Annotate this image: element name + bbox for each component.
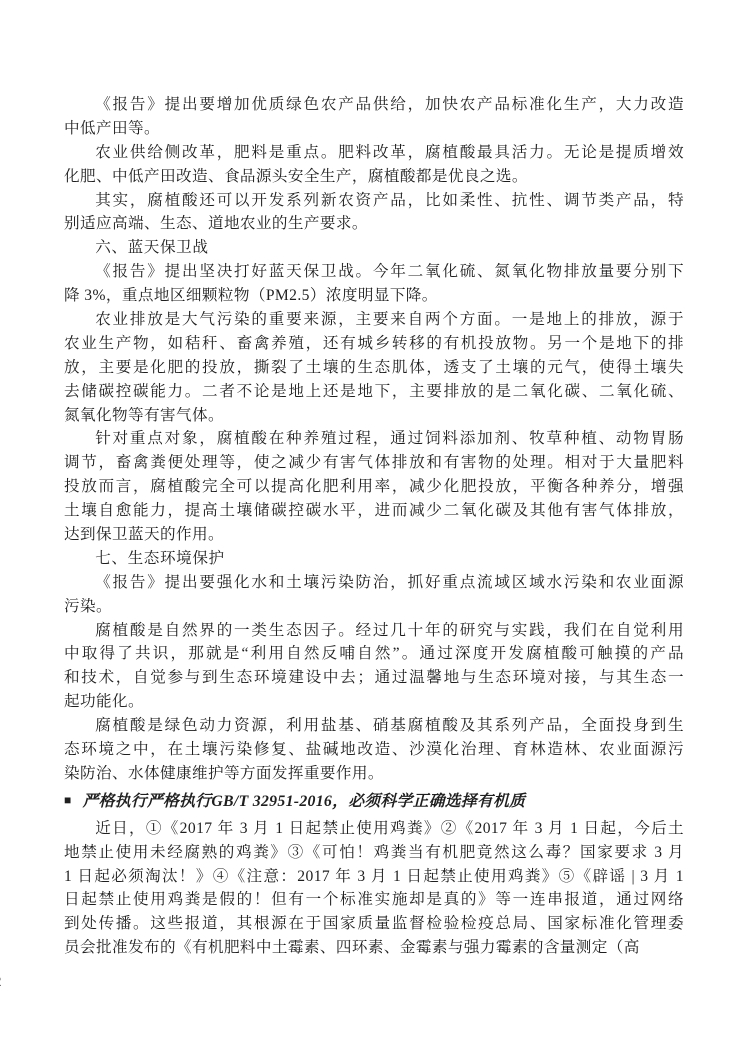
text-line: 地禁止使用未经腐熟的鸡粪》③《可怕！鸡粪当有机肥竟然这么毒？国家要求 3 月 bbox=[64, 841, 684, 865]
text-line: 日起禁止使用鸡粪是假的！但有一个标准实施却是真的》等一连串报道，通过网络 bbox=[64, 888, 684, 912]
text-line: 去储碳控碳能力。二者不论是地上还是地下，主要排放的是二氧化碳、二氧化硫、 bbox=[64, 380, 684, 404]
text-line: 《报告》提出要增加优质绿色农产品供给，加快农产品标准化生产，大力改造 bbox=[64, 93, 684, 117]
text-line: 起功能化。 bbox=[64, 690, 684, 714]
bullet-heading-text: 严格执行严格执行GB/T 32951-2016，必须科学正确选择有机质 bbox=[83, 788, 526, 811]
text-line: 降 3%，重点地区细颗粒物（PM2.5）浓度明显下降。 bbox=[64, 284, 684, 308]
document-body: 《报告》提出要增加优质绿色农产品供给，加快农产品标准化生产，大力改造中低产田等。… bbox=[64, 93, 684, 960]
text-line: 土壤自愈能力，提高土壤储碳控碳水平，进而减少二氧化碳及其他有害气体排放， bbox=[64, 499, 684, 523]
text-line: 中低产田等。 bbox=[64, 117, 684, 141]
text-line: 污染。 bbox=[64, 595, 684, 619]
text-line: 《报告》提出要强化水和土壤污染防治，抓好重点流域区域水污染和农业面源 bbox=[64, 571, 684, 595]
paragraph: 近日，①《2017 年 3 月 1 日起禁止使用鸡粪》②《2017 年 3 月 … bbox=[64, 817, 684, 960]
text-line: 染防治、水体健康维护等方面发挥重要作用。 bbox=[64, 762, 684, 786]
document-page: 《报告》提出要增加优质绿色农产品供给，加快农产品标准化生产，大力改造中低产田等。… bbox=[0, 0, 749, 1060]
paragraph: 针对重点对象，腐植酸在种养殖过程，通过饲料添加剂、牧草种植、动物胃肠调节，畜禽粪… bbox=[64, 427, 684, 546]
text-line: 其实，腐植酸还可以开发系列新农资产品，比如柔性、抗性、调节类产品，特 bbox=[64, 189, 684, 213]
text-line: 调节，畜禽粪便处理等，使之减少有害气体排放和有害物的处理。相对于大量肥料 bbox=[64, 451, 684, 475]
paragraph: 《报告》提出要强化水和土壤污染防治，抓好重点流域区域水污染和农业面源污染。 bbox=[64, 571, 684, 619]
text-line: 农业供给侧改革，肥料是重点。肥料改革，腐植酸最具活力。无论是提质增效 bbox=[64, 141, 684, 165]
paragraph: 腐植酸是绿色动力资源，利用盐基、硝基腐植酸及其系列产品，全面投身到生态环境之中，… bbox=[64, 714, 684, 786]
paragraph: 农业供给侧改革，肥料是重点。肥料改革，腐植酸最具活力。无论是提质增效化肥、中低产… bbox=[64, 141, 684, 189]
square-bullet-icon: ■ bbox=[64, 794, 72, 806]
text-line: 1 日起必须淘汰！》④《注意：2017 年 3 月 1 日起禁止使用鸡粪》⑤《辟… bbox=[64, 865, 684, 889]
text-line: 针对重点对象，腐植酸在种养殖过程，通过饲料添加剂、牧草种植、动物胃肠 bbox=[64, 427, 684, 451]
text-line: 和技术，自觉参与到生态环境建设中去；通过温馨地与生态环境对接，与其生态一 bbox=[64, 666, 684, 690]
text-line: 员会批准发布的《有机肥料中土霉素、四环素、金霉素与强力霉素的含量测定（高 bbox=[64, 936, 684, 960]
text-line: 化肥、中低产田改造、食品源头安全生产，腐植酸都是优良之选。 bbox=[64, 165, 684, 189]
text-line: 农业排放是大气污染的重要来源，主要来自两个方面。一是地上的排放，源于 bbox=[64, 308, 684, 332]
text-line: 腐植酸是绿色动力资源，利用盐基、硝基腐植酸及其系列产品，全面投身到生 bbox=[64, 714, 684, 738]
text-line: 近日，①《2017 年 3 月 1 日起禁止使用鸡粪》②《2017 年 3 月 … bbox=[64, 817, 684, 841]
paragraph: 《报告》提出要增加优质绿色农产品供给，加快农产品标准化生产，大力改造中低产田等。 bbox=[64, 93, 684, 141]
section-heading: 六、蓝天保卫战 bbox=[64, 236, 684, 260]
text-line: 氮氧化物等有害气体。 bbox=[64, 404, 684, 428]
page-number: 2 bbox=[0, 974, 2, 991]
text-line: 放，主要是化肥的投放，撕裂了土壤的生态肌体，透支了土壤的元气，使得土壤失 bbox=[64, 356, 684, 380]
paragraph: 腐植酸是自然界的一类生态因子。经过几十年的研究与实践，我们在自觉利用中取得了共识… bbox=[64, 619, 684, 715]
text-line: 态环境之中，在土壤污染修复、盐碱地改造、沙漠化治理、育林造林、农业面源污 bbox=[64, 738, 684, 762]
text-line: 投放而言，腐植酸完全可以提高化肥利用率，减少化肥投放，平衡各种养分，增强 bbox=[64, 475, 684, 499]
section-heading: 七、生态环境保护 bbox=[64, 547, 684, 571]
paragraph: 农业排放是大气污染的重要来源，主要来自两个方面。一是地上的排放，源于农业生产物，… bbox=[64, 308, 684, 427]
paragraph: 其实，腐植酸还可以开发系列新农资产品，比如柔性、抗性、调节类产品，特别适应高端、… bbox=[64, 189, 684, 237]
text-line: 《报告》提出坚决打好蓝天保卫战。今年二氧化硫、氮氧化物排放量要分别下 bbox=[64, 260, 684, 284]
text-line: 腐植酸是自然界的一类生态因子。经过几十年的研究与实践，我们在自觉利用 bbox=[64, 619, 684, 643]
paragraph: 《报告》提出坚决打好蓝天保卫战。今年二氧化硫、氮氧化物排放量要分别下降 3%，重… bbox=[64, 260, 684, 308]
text-line: 中取得了共识，那就是“利用自然反哺自然”。通过深度开发腐植酸可触摸的产品 bbox=[64, 642, 684, 666]
text-line: 农业生产物，如秸秆、畜禽养殖，还有城乡转移的有机投放物。另一个是地下的排 bbox=[64, 332, 684, 356]
text-line: 别适应高端、生态、道地农业的生产要求。 bbox=[64, 212, 684, 236]
bullet-heading: ■严格执行严格执行GB/T 32951-2016，必须科学正确选择有机质 bbox=[64, 788, 684, 812]
text-line: 达到保卫蓝天的作用。 bbox=[64, 523, 684, 547]
text-line: 到处传播。这些报道，其根源在于国家质量监督检验检疫总局、国家标准化管理委 bbox=[64, 912, 684, 936]
